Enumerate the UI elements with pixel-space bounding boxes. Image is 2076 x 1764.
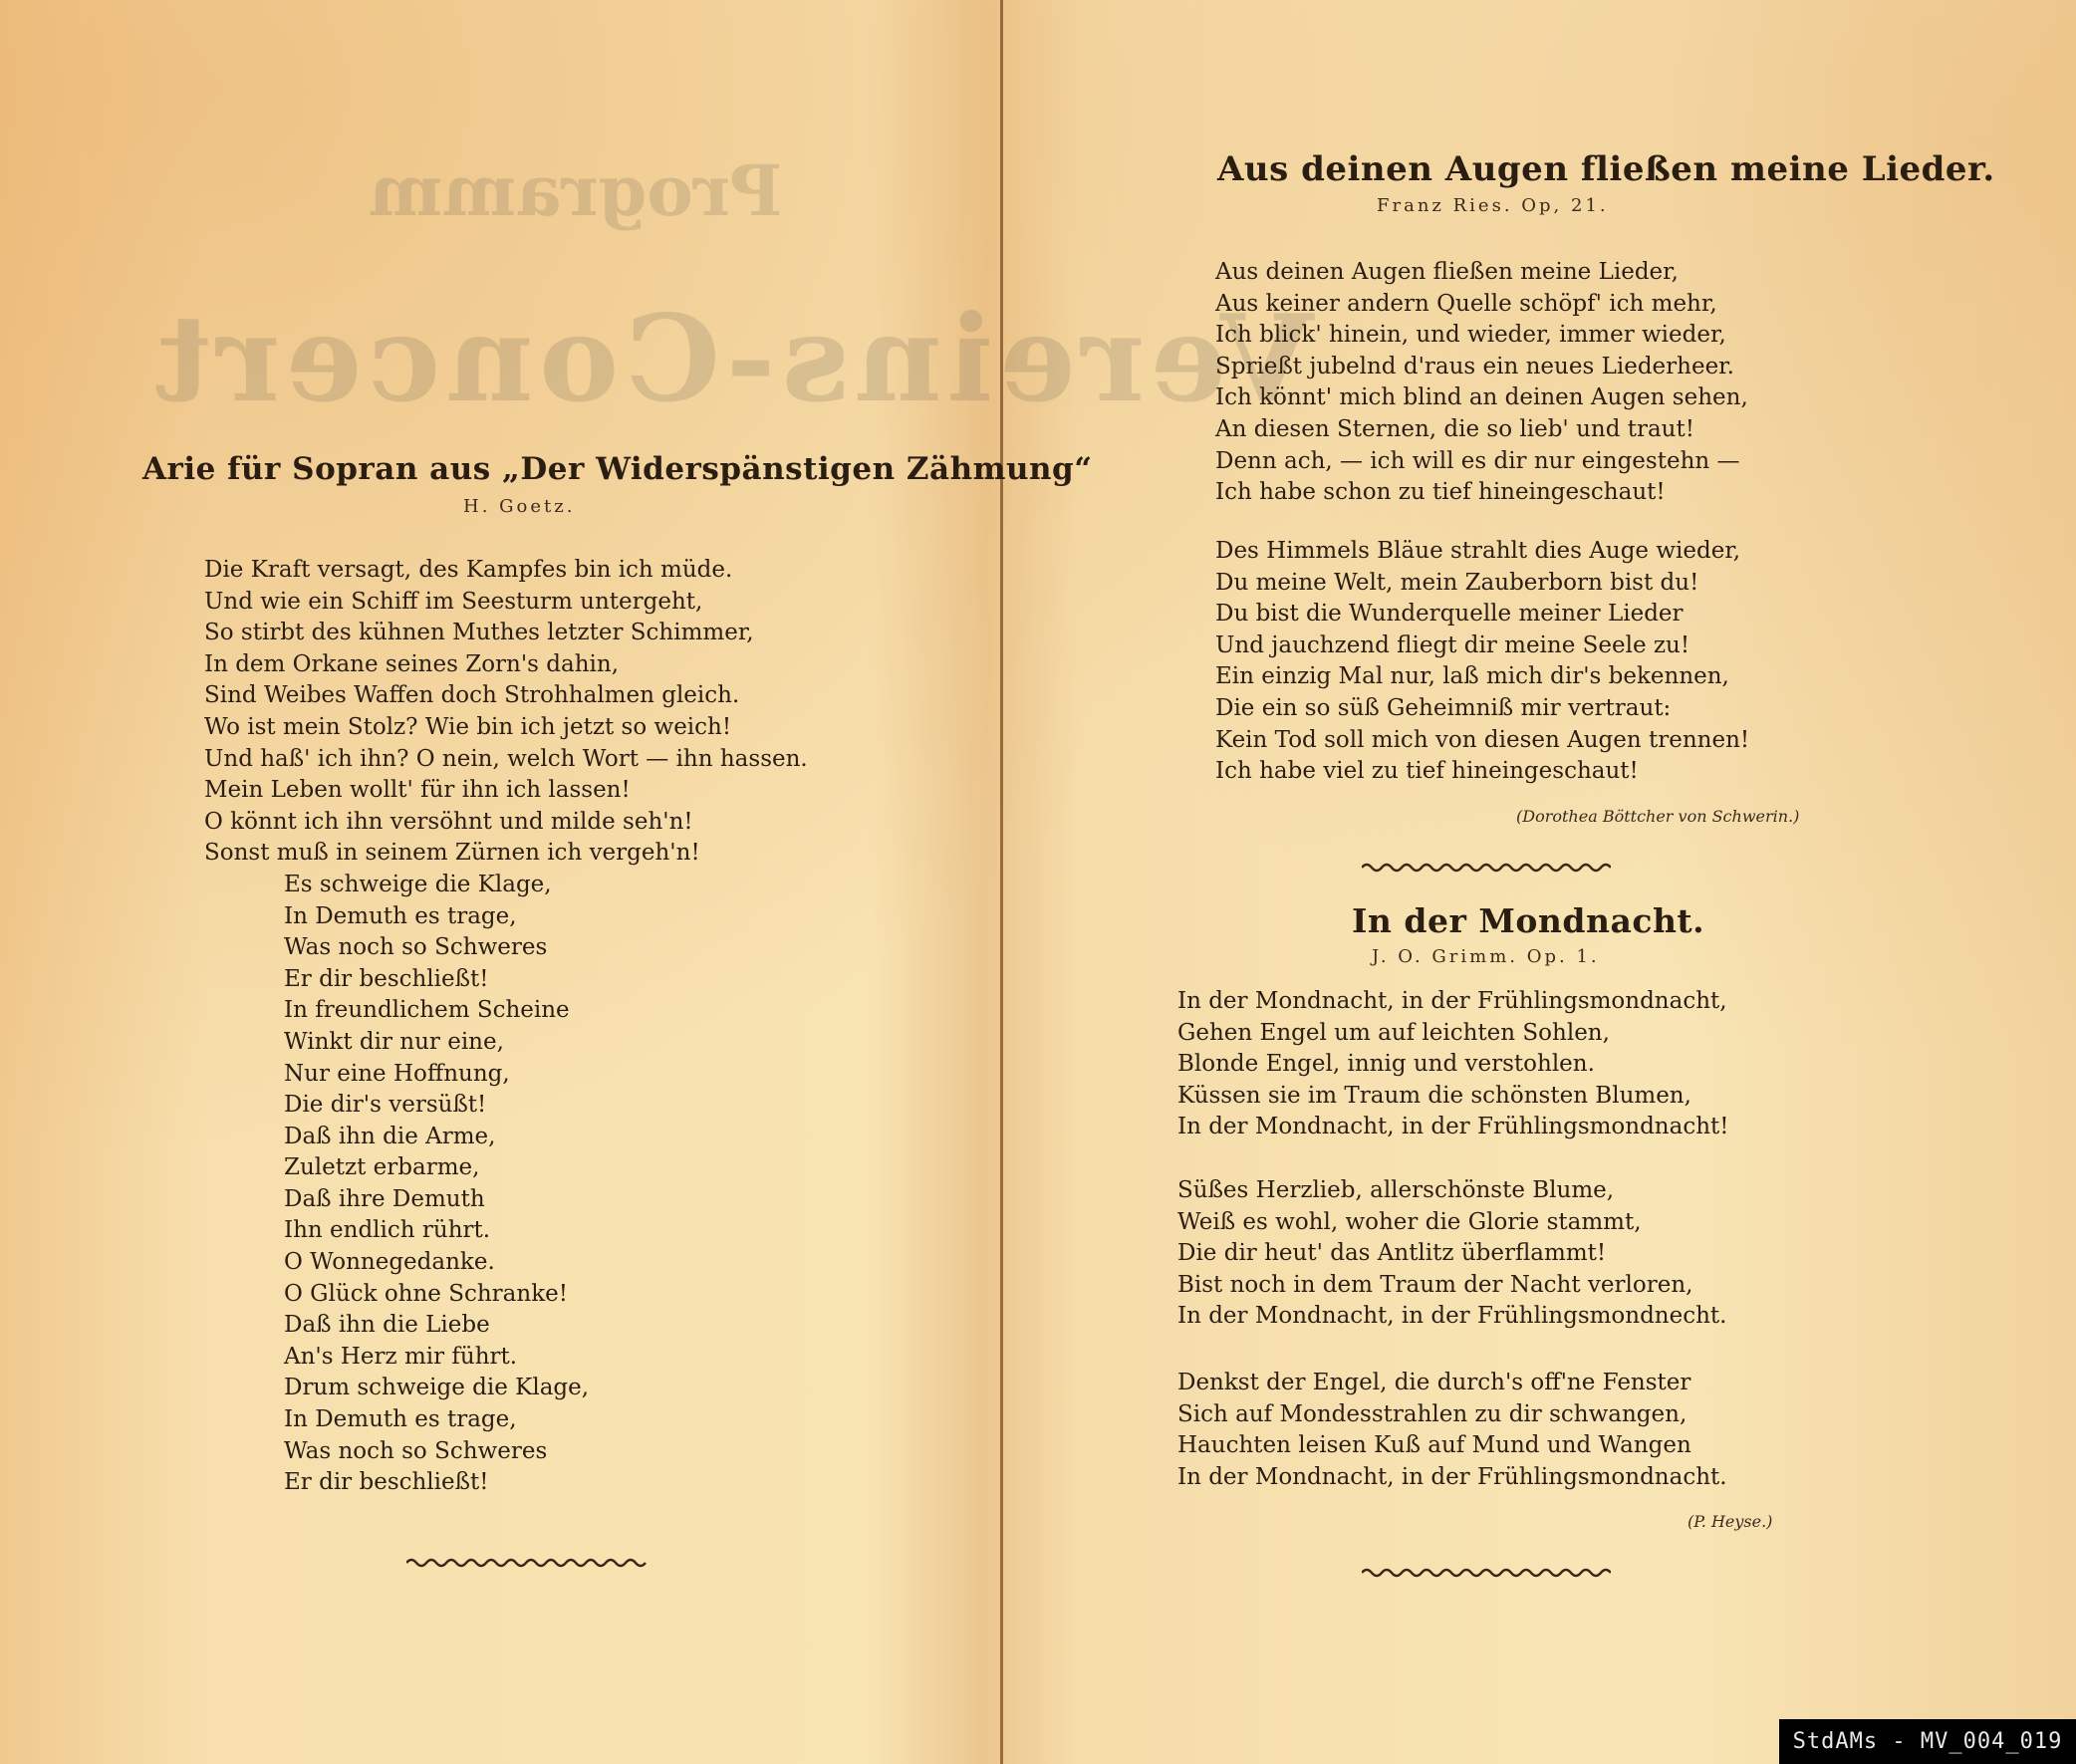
lyric-line: Die Kraft versagt, des Kampfes bin ich m… bbox=[204, 555, 808, 587]
aria-title: Arie für Sopran aus „Der Widerspänstigen… bbox=[142, 451, 1093, 487]
left-page: Programm Vereins-Concert Arie für Sopran… bbox=[0, 0, 1000, 1764]
lyric-line: Bist noch in dem Traum der Nacht verlore… bbox=[1177, 1270, 1726, 1302]
lyric-line: In der Mondnacht, in der Frühlingsmondna… bbox=[1177, 1112, 1729, 1143]
lyric-line: In der Mondnacht, in der Frühlingsmondna… bbox=[1177, 986, 1729, 1018]
song1-lyricist-credit: (Dorothea Böttcher von Schwerin.) bbox=[1516, 807, 1799, 826]
lyric-line: In der Mondnacht, in der Frühlingsmondna… bbox=[1177, 1462, 1727, 1494]
lyric-line: O Glück ohne Schranke! bbox=[204, 1279, 808, 1311]
lyric-line: Hauchten leisen Kuß auf Mund und Wangen bbox=[1177, 1430, 1727, 1462]
lyric-line: Weiß es wohl, woher die Glorie stammt, bbox=[1177, 1207, 1726, 1239]
song1-title: Aus deinen Augen fließen meine Lieder. bbox=[1217, 149, 1995, 189]
lyric-line: Und jauchzend fliegt dir meine Seele zu! bbox=[1215, 630, 1749, 662]
wavy-divider-icon bbox=[1362, 1566, 1611, 1580]
wavy-divider-icon bbox=[406, 1556, 650, 1570]
lyric-line: An diesen Sternen, die so lieb' und trau… bbox=[1215, 414, 1748, 446]
lyric-line: Sonst muß in seinem Zürnen ich vergeh'n! bbox=[204, 838, 808, 870]
lyric-line: Zuletzt erbarme, bbox=[204, 1152, 808, 1184]
song2-stanza-3: Denkst der Engel, die durch's off'ne Fen… bbox=[1177, 1368, 1727, 1493]
archive-watermark-label: StdAMs - MV_004_019 bbox=[1779, 1719, 2076, 1764]
lyric-line: Daß ihn die Liebe bbox=[204, 1310, 808, 1342]
lyric-line: Ich blick' hinein, und wieder, immer wie… bbox=[1215, 320, 1748, 352]
aria-lyrics: Die Kraft versagt, des Kampfes bin ich m… bbox=[204, 555, 808, 1499]
lyric-line: Des Himmels Bläue strahlt dies Auge wied… bbox=[1215, 536, 1749, 568]
lyric-line: Aus keiner andern Quelle schöpf' ich meh… bbox=[1215, 289, 1748, 321]
lyric-line: Daß ihn die Arme, bbox=[204, 1122, 808, 1153]
lyric-line: O könnt ich ihn versöhnt und milde seh'n… bbox=[204, 807, 808, 839]
lyric-line: Er dir beschließt! bbox=[204, 1467, 808, 1499]
lyric-line: In der Mondnacht, in der Frühlingsmondne… bbox=[1177, 1301, 1726, 1333]
lyric-line: Ich habe schon zu tief hineingeschaut! bbox=[1215, 477, 1748, 509]
lyric-line: So stirbt des kühnen Muthes letzter Schi… bbox=[204, 618, 808, 649]
lyric-line: Und haß' ich ihn? O nein, welch Wort — i… bbox=[204, 744, 808, 776]
lyric-line: Ihn endlich rührt. bbox=[204, 1215, 808, 1247]
lyric-line: In Demuth es trage, bbox=[204, 1404, 808, 1436]
lyric-line: Blonde Engel, innig und verstohlen. bbox=[1177, 1049, 1729, 1081]
lyric-line: Küssen sie im Traum die schönsten Blumen… bbox=[1177, 1081, 1729, 1113]
lyric-line: In Demuth es trage, bbox=[204, 901, 808, 933]
lyric-line: Wo ist mein Stolz? Wie bin ich jetzt so … bbox=[204, 712, 808, 744]
lyric-line: Gehen Engel um auf leichten Sohlen, bbox=[1177, 1018, 1729, 1050]
lyric-line: In dem Orkane seines Zorn's dahin, bbox=[204, 649, 808, 681]
lyric-line: Kein Tod soll mich von diesen Augen tren… bbox=[1215, 725, 1749, 757]
lyric-line: Sind Weibes Waffen doch Strohhalmen glei… bbox=[204, 680, 808, 712]
lyric-line: Es schweige die Klage, bbox=[204, 870, 808, 901]
song1-stanza-2: Des Himmels Bläue strahlt dies Auge wied… bbox=[1215, 536, 1749, 788]
lyric-line: Nur eine Hoffnung, bbox=[204, 1059, 808, 1091]
lyric-line: Was noch so Schweres bbox=[204, 1436, 808, 1468]
wavy-divider-icon bbox=[1362, 861, 1611, 875]
lyric-line: Die dir's versüßt! bbox=[204, 1090, 808, 1122]
song2-stanza-1: In der Mondnacht, in der Frühlingsmondna… bbox=[1177, 986, 1729, 1143]
lyric-line: Sprießt jubelnd d'raus ein neues Liederh… bbox=[1215, 352, 1748, 383]
lyric-line: Denkst der Engel, die durch's off'ne Fen… bbox=[1177, 1368, 1727, 1399]
lyric-line: An's Herz mir führt. bbox=[204, 1342, 808, 1374]
lyric-line: Winkt dir nur eine, bbox=[204, 1027, 808, 1059]
lyric-line: Ich habe viel zu tief hineingeschaut! bbox=[1215, 756, 1749, 788]
lyric-line: Was noch so Schweres bbox=[204, 932, 808, 964]
lyric-line: Und wie ein Schiff im Seesturm untergeht… bbox=[204, 587, 808, 619]
aria-composer: H. Goetz. bbox=[463, 496, 575, 517]
lyric-line: Du meine Welt, mein Zauberborn bist du! bbox=[1215, 568, 1749, 600]
lyric-line: Du bist die Wunderquelle meiner Lieder bbox=[1215, 599, 1749, 630]
bleed-through-text-programm: Programm bbox=[369, 149, 783, 232]
song2-lyricist-credit: (P. Heyse.) bbox=[1687, 1512, 1772, 1531]
lyric-line: Sich auf Mondesstrahlen zu dir schwangen… bbox=[1177, 1399, 1727, 1431]
lyric-line: Daß ihre Demuth bbox=[204, 1184, 808, 1216]
song2-stanza-2: Süßes Herzlieb, allerschönste Blume,Weiß… bbox=[1177, 1175, 1726, 1333]
lyric-line: In freundlichem Scheine bbox=[204, 995, 808, 1027]
lyric-line: Er dir beschließt! bbox=[204, 964, 808, 996]
lyric-line: Süßes Herzlieb, allerschönste Blume, bbox=[1177, 1175, 1726, 1207]
song1-composer: Franz Ries. Op, 21. bbox=[1377, 195, 1609, 216]
lyric-line: Die dir heut' das Antlitz überflammt! bbox=[1177, 1238, 1726, 1270]
lyric-line: O Wonnegedanke. bbox=[204, 1247, 808, 1279]
song2-composer: J. O. Grimm. Op. 1. bbox=[1372, 946, 1600, 967]
lyric-line: Ein einzig Mal nur, laß mich dir's beken… bbox=[1215, 661, 1749, 693]
lyric-line: Drum schweige die Klage, bbox=[204, 1373, 808, 1404]
lyric-line: Ich könnt' mich blind an deinen Augen se… bbox=[1215, 382, 1748, 414]
song2-title: In der Mondnacht. bbox=[1352, 901, 1704, 940]
lyric-line: Aus deinen Augen fließen meine Lieder, bbox=[1215, 257, 1748, 289]
right-page: Aus deinen Augen fließen meine Lieder. F… bbox=[1003, 0, 2076, 1764]
lyric-line: Denn ach, — ich will es dir nur eingeste… bbox=[1215, 446, 1748, 478]
lyric-line: Die ein so süß Geheimniß mir vertraut: bbox=[1215, 693, 1749, 725]
lyric-line: Mein Leben wollt' für ihn ich lassen! bbox=[204, 775, 808, 807]
song1-stanza-1: Aus deinen Augen fließen meine Lieder,Au… bbox=[1215, 257, 1748, 509]
